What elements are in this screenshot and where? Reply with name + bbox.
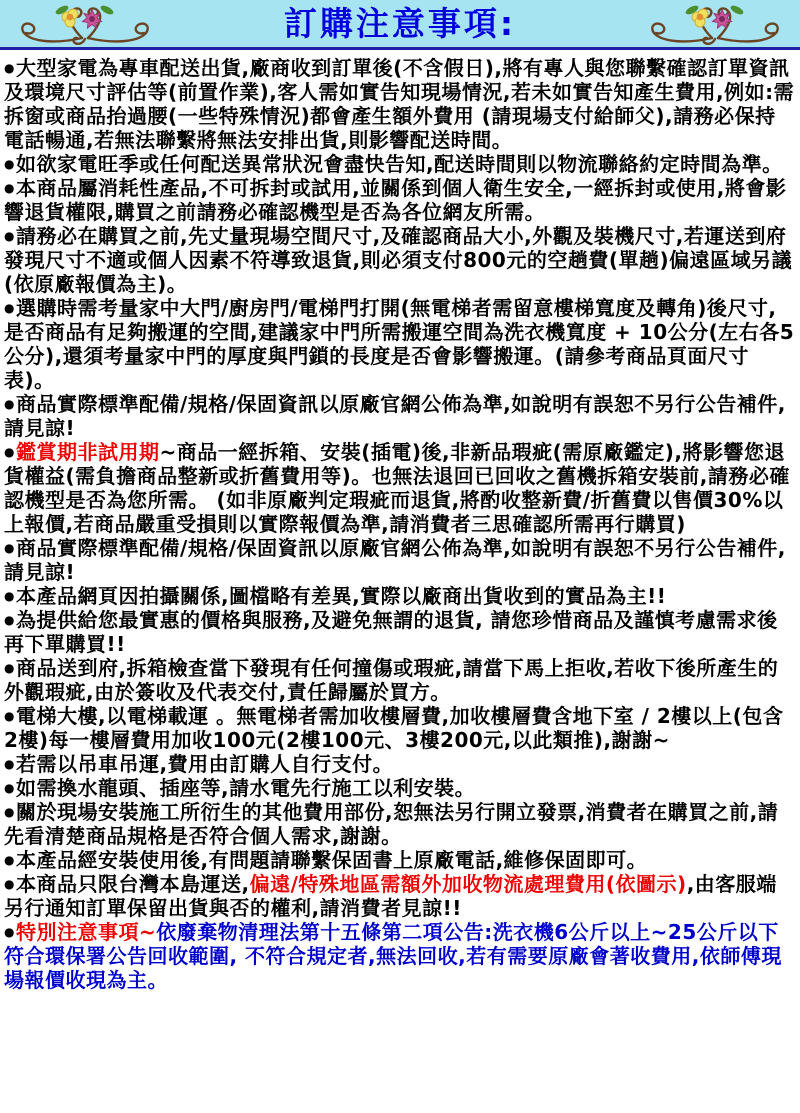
notice-text: 若需以吊車吊運,費用由訂購人自行支付。 bbox=[16, 752, 393, 776]
bullet-icon: ● bbox=[4, 661, 15, 675]
notice-item: ●為提供給您最實惠的價格與服務,及避免無謂的退貨, 請您珍惜商品及謹慎考慮需求後… bbox=[4, 608, 796, 656]
notice-text: 大型家電為專車配送出貨,廠商收到訂單後(不含假日),將有專人與您聯繫確認訂單資訊… bbox=[4, 56, 794, 152]
notice-text-highlight: 特別注意事項~ bbox=[16, 920, 156, 944]
bullet-icon: ● bbox=[4, 805, 15, 819]
bullet-icon: ● bbox=[4, 229, 15, 243]
notice-item: ●關於現場安裝施工所衍生的其他費用部份,恕無法另行開立發票,消費者在購買之前,請… bbox=[4, 800, 796, 848]
bullet-icon: ● bbox=[4, 589, 15, 603]
notice-text: 商品送到府,拆箱檢查當下發現有任何撞傷或瑕疵,請當下馬上拒收,若收下後所產生的外… bbox=[4, 656, 778, 704]
floral-ornament-icon bbox=[640, 2, 790, 46]
notice-text-highlight: 鑑賞期非試用期 bbox=[16, 440, 160, 464]
notice-item: ●請務必在購買之前,先丈量現場空間尺寸,及確認商品大小,外觀及裝機尺寸,若運送到… bbox=[4, 224, 796, 296]
notice-text: 本商品只限台灣本島運送, bbox=[16, 872, 250, 896]
notice-item: ●本產品經安裝使用後,有問題請聯繫保固書上原廠電話,維修保固即可。 bbox=[4, 848, 796, 872]
notice-text: 電梯大樓,以電梯載運 。無電梯者需加收樓層費,加收樓層費含地下室 / 2樓以上(… bbox=[4, 704, 783, 752]
page-title: 訂購注意事項: bbox=[284, 7, 516, 40]
notice-item: ●本商品屬消耗性產品,不可拆封或試用,並關係到個人衛生安全,一經拆封或使用,將會… bbox=[4, 176, 796, 224]
notice-item: ●本商品只限台灣本島運送,偏遠/特殊地區需額外加收物流處理費用(依圖示),由客服… bbox=[4, 872, 796, 920]
notice-text: 選購時需考量家中大門/廚房門/電梯門打開(無電梯者需留意樓梯寬度及轉角)後尺寸,… bbox=[4, 296, 794, 392]
notice-text-highlight: 偏遠/特殊地區需額外加收物流處理費用(依圖示) bbox=[250, 872, 687, 896]
bullet-icon: ● bbox=[4, 853, 15, 867]
bullet-icon: ● bbox=[4, 877, 15, 891]
notice-item: ●若需以吊車吊運,費用由訂購人自行支付。 bbox=[4, 752, 796, 776]
notice-item: ●電梯大樓,以電梯載運 。無電梯者需加收樓層費,加收樓層費含地下室 / 2樓以上… bbox=[4, 704, 796, 752]
bullet-icon: ● bbox=[4, 181, 15, 195]
notice-text: 關於現場安裝施工所衍生的其他費用部份,恕無法另行開立發票,消費者在購買之前,請先… bbox=[4, 800, 778, 848]
notice-text: 本商品屬消耗性產品,不可拆封或試用,並關係到個人衛生安全,一經拆封或使用,將會影… bbox=[4, 176, 786, 224]
notice-list: ●大型家電為專車配送出貨,廠商收到訂單後(不含假日),將有專人與您聯繫確認訂單資… bbox=[0, 50, 800, 1000]
notice-text: 請務必在購買之前,先丈量現場空間尺寸,及確認商品大小,外觀及裝機尺寸,若運送到府… bbox=[4, 224, 792, 296]
notice-text: 為提供給您最實惠的價格與服務,及避免無謂的退貨, 請您珍惜商品及謹慎考慮需求後再… bbox=[4, 608, 778, 656]
notice-text: 商品實際標準配備/規格/保固資訊以原廠官網公佈為準,如說明有誤恕不另行公告補件,… bbox=[4, 392, 786, 440]
notice-item: ●特別注意事項~依廢棄物清理法第十五條第二項公告:洗衣機6公斤以上~25公斤以下… bbox=[4, 920, 796, 992]
page-header: 訂購注意事項: bbox=[0, 0, 800, 50]
bullet-icon: ● bbox=[4, 613, 15, 627]
notice-item: ●商品實際標準配備/規格/保固資訊以原廠官網公佈為準,如說明有誤恕不另行公告補件… bbox=[4, 392, 796, 440]
notice-text: 本產品經安裝使用後,有問題請聯繫保固書上原廠電話,維修保固即可。 bbox=[16, 848, 647, 872]
bullet-icon: ● bbox=[4, 157, 15, 171]
bullet-icon: ● bbox=[4, 397, 15, 411]
notice-text: 如欲家電旺季或任何配送異常狀況會盡快告知,配送時間則以物流聯絡約定時間為準。 bbox=[16, 152, 783, 176]
notice-item: ●本產品網頁因拍攝關係,圖檔略有差異,實際以廠商出貨收到的實品為主!! bbox=[4, 584, 796, 608]
floral-ornament-icon bbox=[10, 2, 160, 46]
notice-item: ●大型家電為專車配送出貨,廠商收到訂單後(不含假日),將有專人與您聯繫確認訂單資… bbox=[4, 56, 796, 152]
notice-item: ●選購時需考量家中大門/廚房門/電梯門打開(無電梯者需留意樓梯寬度及轉角)後尺寸… bbox=[4, 296, 796, 392]
notice-text: 商品實際標準配備/規格/保固資訊以原廠官網公佈為準,如說明有誤恕不另行公告補件,… bbox=[4, 536, 786, 584]
notice-item: ●商品送到府,拆箱檢查當下發現有任何撞傷或瑕疵,請當下馬上拒收,若收下後所產生的… bbox=[4, 656, 796, 704]
notice-item: ●如需換水龍頭、插座等,請水電先行施工以利安裝。 bbox=[4, 776, 796, 800]
bullet-icon: ● bbox=[4, 301, 15, 315]
bullet-icon: ● bbox=[4, 541, 15, 555]
bullet-icon: ● bbox=[4, 925, 15, 939]
bullet-icon: ● bbox=[4, 781, 15, 795]
notice-text: 本產品網頁因拍攝關係,圖檔略有差異,實際以廠商出貨收到的實品為主!! bbox=[16, 584, 666, 608]
notice-text: 如需換水龍頭、插座等,請水電先行施工以利安裝。 bbox=[16, 776, 475, 800]
bullet-icon: ● bbox=[4, 445, 15, 459]
notice-item: ●商品實際標準配備/規格/保固資訊以原廠官網公佈為準,如說明有誤恕不另行公告補件… bbox=[4, 536, 796, 584]
bullet-icon: ● bbox=[4, 61, 15, 75]
bullet-icon: ● bbox=[4, 757, 15, 771]
bullet-icon: ● bbox=[4, 709, 15, 723]
notice-item: ●鑑賞期非試用期~商品一經拆箱、安裝(插電)後,非新品瑕疵(需原廠鑑定),將影響… bbox=[4, 440, 796, 536]
notice-item: ●如欲家電旺季或任何配送異常狀況會盡快告知,配送時間則以物流聯絡約定時間為準。 bbox=[4, 152, 796, 176]
